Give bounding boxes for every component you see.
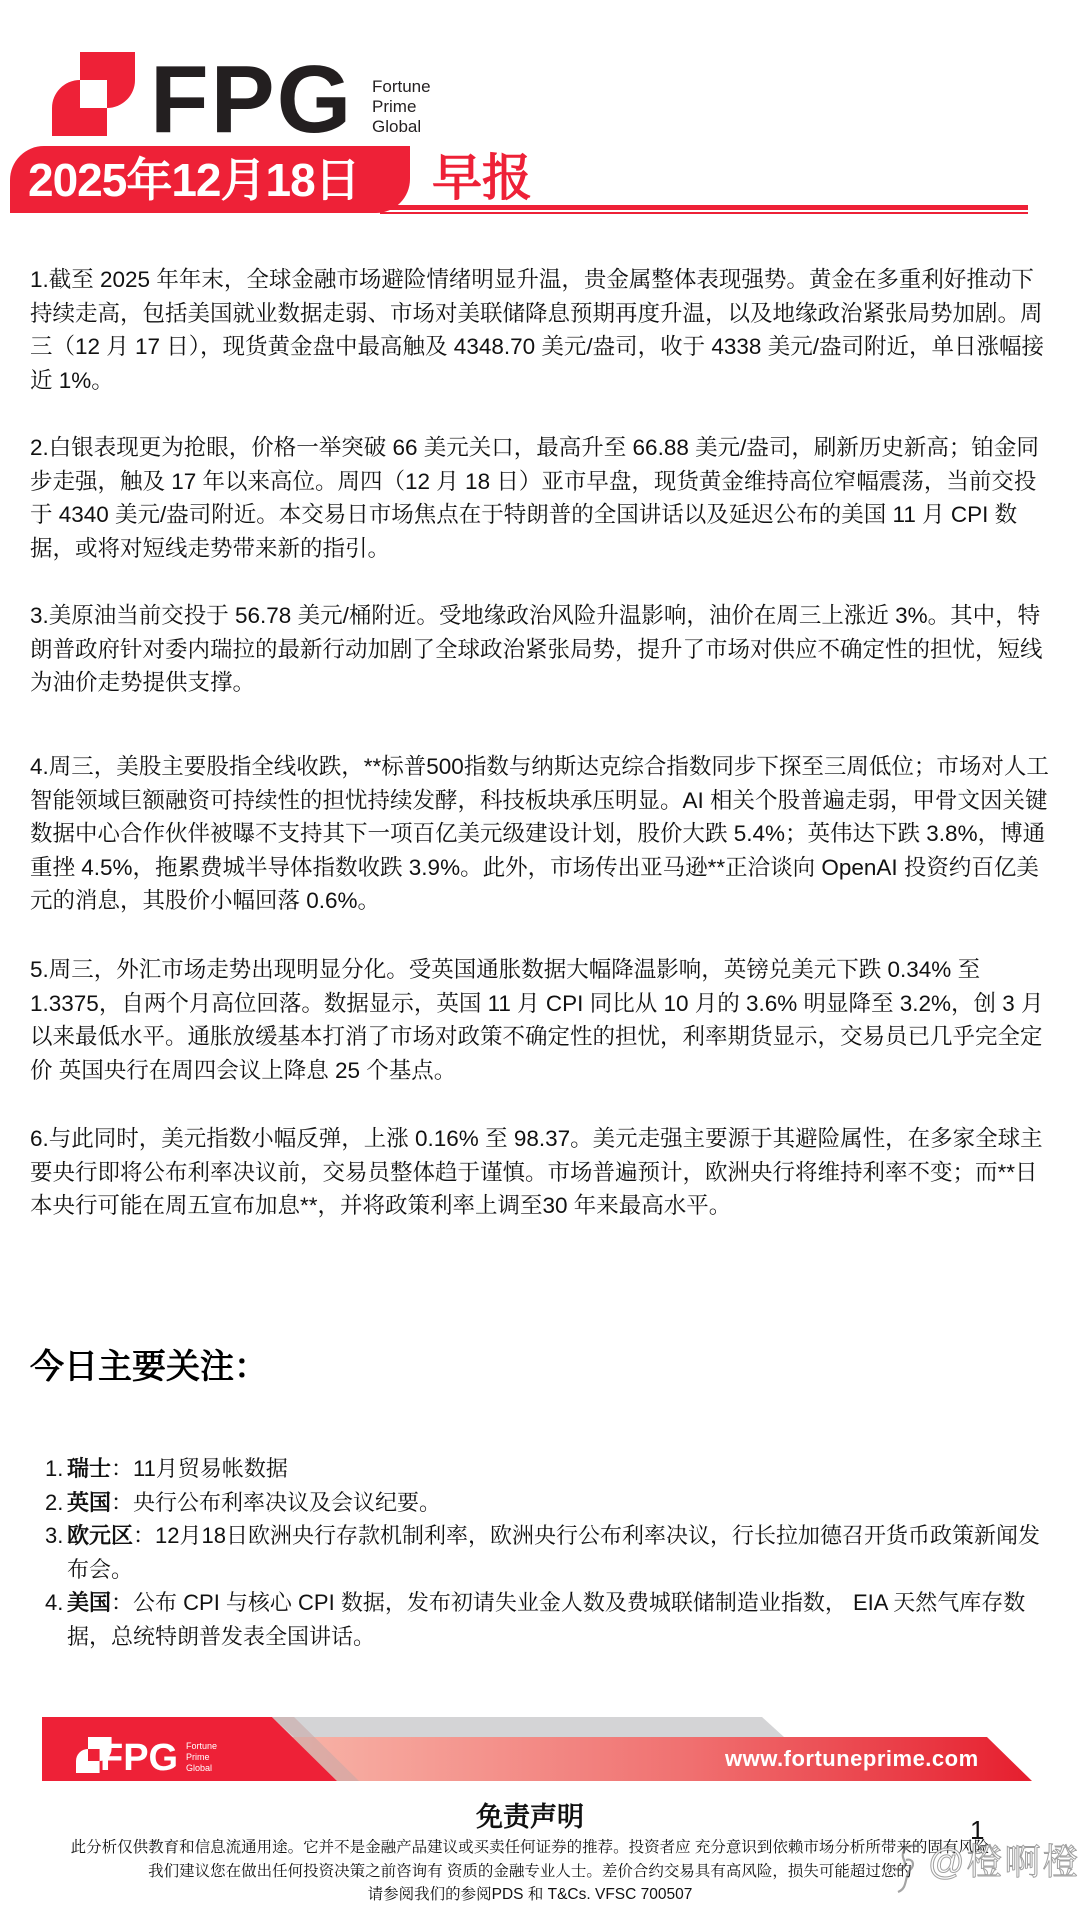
footer-logo-text: FPG <box>100 1738 178 1778</box>
focus-item-separator: ： <box>133 1523 155 1548</box>
focus-item: 4. 美国：公布 CPI 与核心 CPI 数据，发布初请失业金人数及费城联储制造… <box>45 1586 1050 1653</box>
brand-tagline-line: Fortune <box>372 77 431 97</box>
footer-logo-tagline-line: Prime <box>186 1752 217 1763</box>
market-paragraph-oil: 3.美原油当前交投于 56.78 美元/桶附近。受地缘政治风险升温影响，油价在周… <box>30 599 1050 700</box>
footer-logo-tagline: Fortune Prime Global <box>186 1741 217 1774</box>
focus-item-text: 公布 CPI 与核心 CPI 数据，发布初请失业金人数及费城联储制造业指数， E… <box>67 1590 1025 1649</box>
header-divider-thin <box>380 212 1028 214</box>
watermark-text: @橙啊橙 <box>928 1842 1080 1882</box>
market-paragraph-gold: 1.截至 2025 年年末，全球金融市场避险情绪明显升温，贵金属整体表现强势。黄… <box>30 263 1050 397</box>
focus-item-region: 瑞士 <box>67 1456 111 1481</box>
market-paragraph-dollar: 6.与此同时，美元指数小幅反弹，上涨 0.16% 至 98.37。美元走强主要源… <box>30 1122 1050 1223</box>
focus-heading: 今日主要关注： <box>30 1345 268 1389</box>
focus-item-number: 3. <box>45 1519 67 1586</box>
header-divider <box>380 205 1028 210</box>
focus-item-region: 英国 <box>67 1490 111 1515</box>
focus-item-number: 2. <box>45 1486 67 1520</box>
market-paragraph-stocks: 4.周三，美股主要股指全线收跌，**标普500指数与纳斯达克综合指数同步下探至三… <box>30 750 1050 918</box>
market-paragraph-silver: 2.白银表现更为抢眼，价格一举突破 66 美元关口，最高升至 66.88 美元/… <box>30 431 1050 565</box>
focus-item-number: 1. <box>45 1452 67 1486</box>
report-type-label: 早报 <box>432 148 532 208</box>
footer-logo-tagline-line: Fortune <box>186 1741 217 1752</box>
focus-item-region: 美国 <box>67 1590 111 1615</box>
disclaimer-title: 免责声明 <box>0 1800 1060 1834</box>
watermark-logo-icon <box>888 1838 928 1896</box>
focus-item: 1. 瑞士：11月贸易帐数据 <box>45 1452 1050 1486</box>
brand-tagline-line: Global <box>372 117 431 137</box>
footer-logo-tagline-line: Global <box>186 1763 217 1774</box>
focus-item-number: 4. <box>45 1586 67 1653</box>
focus-item-separator: ： <box>111 1456 133 1481</box>
market-paragraph-forex: 5.周三，外汇市场走势出现明显分化。受英国通胀数据大幅降温影响，英镑兑美元下跌 … <box>30 953 1050 1087</box>
brand-tagline-line: Prime <box>372 97 431 117</box>
focus-item-text: 11月贸易帐数据 <box>133 1456 288 1481</box>
focus-item-separator: ： <box>111 1590 133 1615</box>
focus-item: 3. 欧元区：12月18日欧洲央行存款机制利率，欧洲央行公布利率决议，行长拉加德… <box>45 1519 1050 1586</box>
website-link[interactable]: www.fortuneprime.com <box>725 1746 979 1772</box>
report-date: 2025年12月18日 <box>28 150 360 210</box>
focus-item-separator: ： <box>111 1490 133 1515</box>
focus-item-text: 央行公布利率决议及会议纪要。 <box>133 1490 441 1515</box>
focus-list: 1. 瑞士：11月贸易帐数据 2. 英国：央行公布利率决议及会议纪要。 3. 欧… <box>45 1452 1050 1653</box>
brand-tagline: Fortune Prime Global <box>372 77 431 137</box>
focus-item: 2. 英国：央行公布利率决议及会议纪要。 <box>45 1486 1050 1520</box>
fpg-logo-icon <box>52 52 136 136</box>
brand-logo-text: FPG <box>150 60 353 140</box>
focus-item-text: 12月18日欧洲央行存款机制利率，欧洲央行公布利率决议，行长拉加德召开货币政策新… <box>67 1523 1040 1582</box>
focus-item-region: 欧元区 <box>67 1523 133 1548</box>
